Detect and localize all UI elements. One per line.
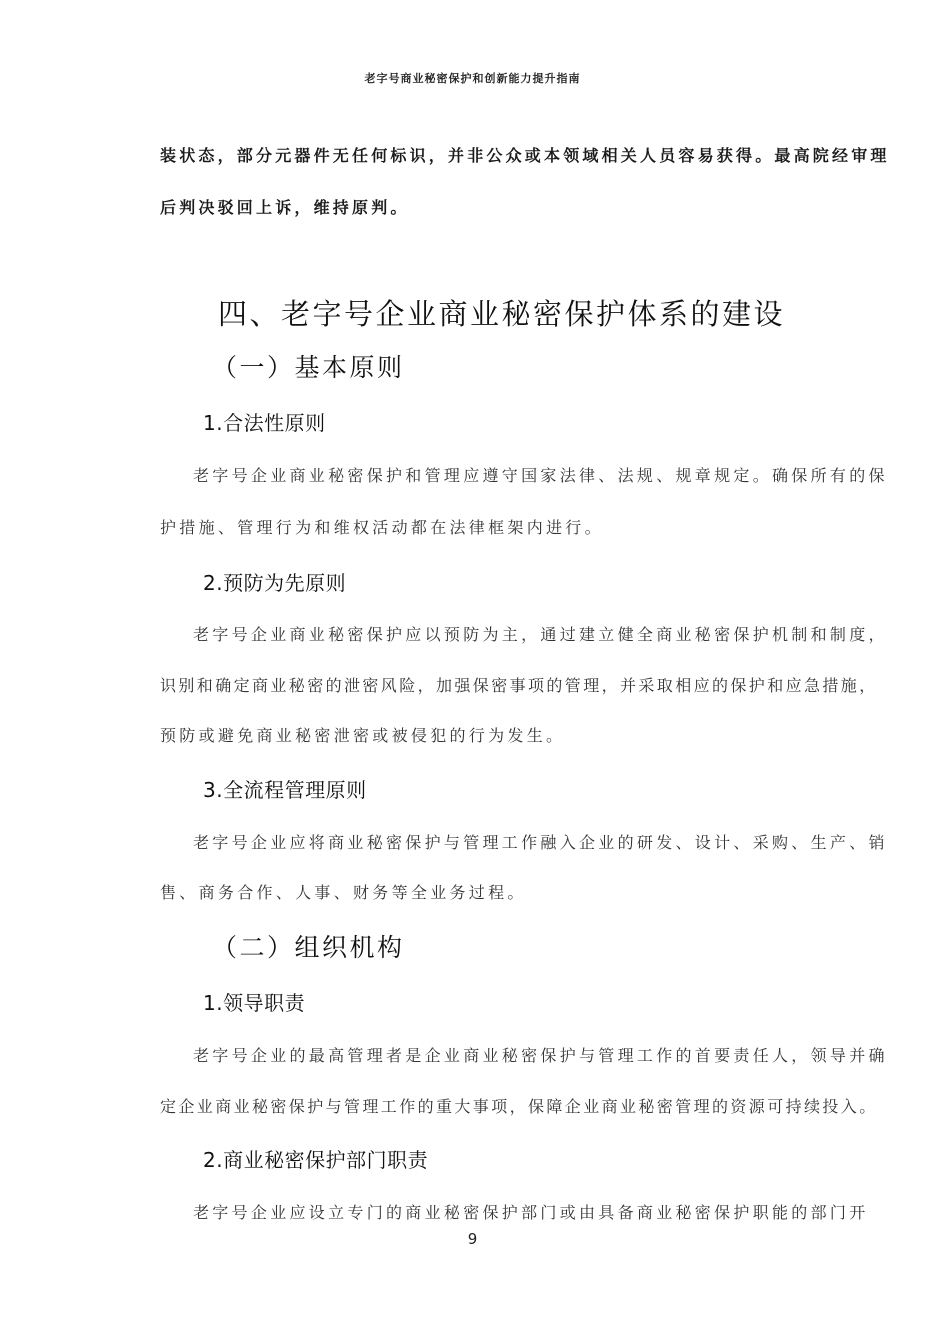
paragraph-line: 老字号企业应将商业秘密保护与管理工作融入企业的研发、设计、采购、生产、销	[193, 830, 888, 853]
paragraph-line: 护措施、管理行为和维权活动都在法律框架内进行。	[160, 515, 604, 538]
item-heading-legality: 1.合法性原则	[203, 407, 326, 436]
subsection-title-organization: （二）组织机构	[212, 928, 405, 964]
paragraph-line: 老字号企业商业秘密保护应以预防为主，通过建立健全商业秘密保护机制和制度，	[193, 622, 888, 645]
paragraph-line: 识别和确定商业秘密的泄密风险，加强保密事项的管理，并采取相应的保护和应急措施，	[160, 673, 878, 696]
running-header: 老字号商业秘密保护和创新能力提升指南	[0, 70, 945, 86]
item-heading-prevention: 2.预防为先原则	[203, 567, 346, 596]
continuation-line-2: 后判决驳回上诉，维持原判。	[160, 195, 410, 218]
item-heading-full-process: 3.全流程管理原则	[203, 774, 367, 803]
item-heading-leadership: 1.领导职责	[203, 987, 305, 1016]
document-page: 老字号商业秘密保护和创新能力提升指南 装状态，部分元器件无任何标识，并非公众或本…	[0, 0, 945, 1336]
item-heading-department: 2.商业秘密保护部门职责	[203, 1144, 428, 1173]
paragraph-line: 预防或避免商业秘密泄密或被侵犯的行为发生。	[160, 723, 565, 746]
paragraph-line: 老字号企业的最高管理者是企业商业秘密保护与管理工作的首要责任人，领导并确	[193, 1043, 888, 1066]
paragraph-line: 售、商务合作、人事、财务等全业务过程。	[160, 880, 527, 903]
paragraph-line: 老字号企业商业秘密保护和管理应遵守国家法律、法规、规章规定。确保所有的保	[193, 463, 888, 486]
paragraph-line: 定企业商业秘密保护与管理工作的重大事项，保障企业商业秘密管理的资源可持续投入。	[160, 1094, 878, 1117]
paragraph-line: 老字号企业应设立专门的商业秘密保护部门或由具备商业秘密保护职能的部门开	[193, 1200, 869, 1223]
continuation-line-1: 装状态，部分元器件无任何标识，并非公众或本领域相关人员容易获得。最高院经审理	[160, 143, 890, 166]
page-number: 9	[0, 1230, 945, 1248]
section-title: 四、老字号企业商业秘密保护体系的建设	[218, 292, 785, 333]
subsection-title-basic-principles: （一）基本原则	[212, 348, 405, 384]
